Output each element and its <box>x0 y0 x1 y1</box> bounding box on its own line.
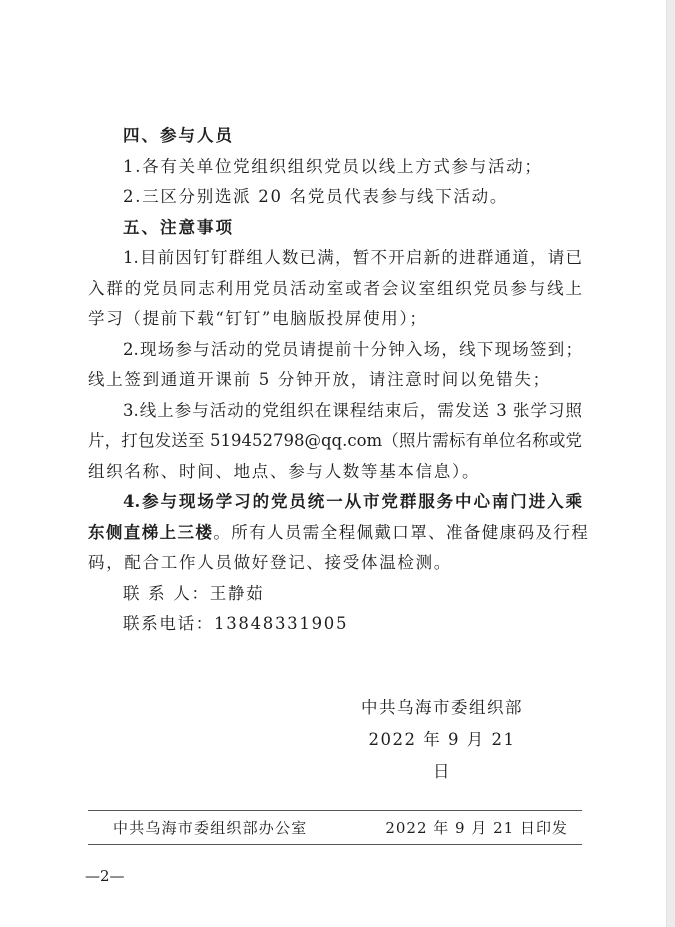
signature-block: 中共乌海市委组织部 2022 年 9 月 21 日 <box>357 692 527 788</box>
footer-issue-date: 2022 年 9 月 21 日印发 <box>385 814 568 842</box>
section-heading-notes: 五、注意事项 <box>88 213 582 244</box>
footer-top-rule <box>88 810 582 811</box>
footer-issuer: 中共乌海市委组织部办公室 <box>113 814 307 842</box>
notes-item-2-line-2: 线上签到通道开课前 5 分钟开放，请注意时间以免错失； <box>88 365 582 396</box>
notes-item-3-line-2: 片，打包发送至 519452798@qq.com（照片需标有单位名称或党 <box>88 426 582 457</box>
page-edge <box>666 0 675 927</box>
notes-item-4-line-2: 东侧直梯上三楼。所有人员需全程佩戴口罩、准备健康码及行程 <box>88 518 582 549</box>
signature-date: 2022 年 9 月 21 日 <box>357 724 527 788</box>
signature-org: 中共乌海市委组织部 <box>357 692 527 724</box>
contact-phone: 联系电话：13848331905 <box>88 609 582 640</box>
contact-person: 联 系 人：王静茹 <box>88 579 582 610</box>
notes-item-1-line-3: 学习（提前下载“钉钉”电脑版投屏使用）； <box>88 304 582 335</box>
section-heading-participants: 四、参与人员 <box>88 121 582 152</box>
issuance-footer: 中共乌海市委组织部办公室 2022 年 9 月 21 日印发 <box>88 814 582 842</box>
page-number: —2— <box>85 864 125 888</box>
notes-item-1-line-1: 1.目前因钉钉群组人数已满，暂不开启新的进群通道，请已 <box>88 243 582 274</box>
document-body: 四、参与人员 1.各有关单位党组织组织党员以线上方式参与活动； 2.三区分别选派… <box>88 121 582 640</box>
participants-item-1: 1.各有关单位党组织组织党员以线上方式参与活动； <box>88 152 582 183</box>
notes-item-4-line-3: 码，配合工作人员做好登记、接受体温检测。 <box>88 548 582 579</box>
notes-item-3-line-3: 组织名称、时间、地点、参与人数等基本信息）。 <box>88 457 582 488</box>
notes-item-1-line-2: 入群的党员同志利用党员活动室或者会议室组织党员参与线上 <box>88 274 582 305</box>
notes-item-3-line-1: 3.线上参与活动的党组织在课程结束后，需发送 3 张学习照 <box>88 396 582 427</box>
notes-item-4-line-1: 4.参与现场学习的党员统一从市党群服务中心南门进入乘 <box>88 487 582 518</box>
notes-item-2-line-1: 2.现场参与活动的党员请提前十分钟入场，线下现场签到； <box>88 335 582 366</box>
participants-item-2: 2.三区分别选派 20 名党员代表参与线下活动。 <box>88 182 582 213</box>
notes-item-4-bold-text: 东侧直梯上三楼 <box>88 523 213 542</box>
notes-item-4-text: 。所有人员需全程佩戴口罩、准备健康码及行程 <box>213 523 589 542</box>
footer-bottom-rule <box>88 844 582 845</box>
